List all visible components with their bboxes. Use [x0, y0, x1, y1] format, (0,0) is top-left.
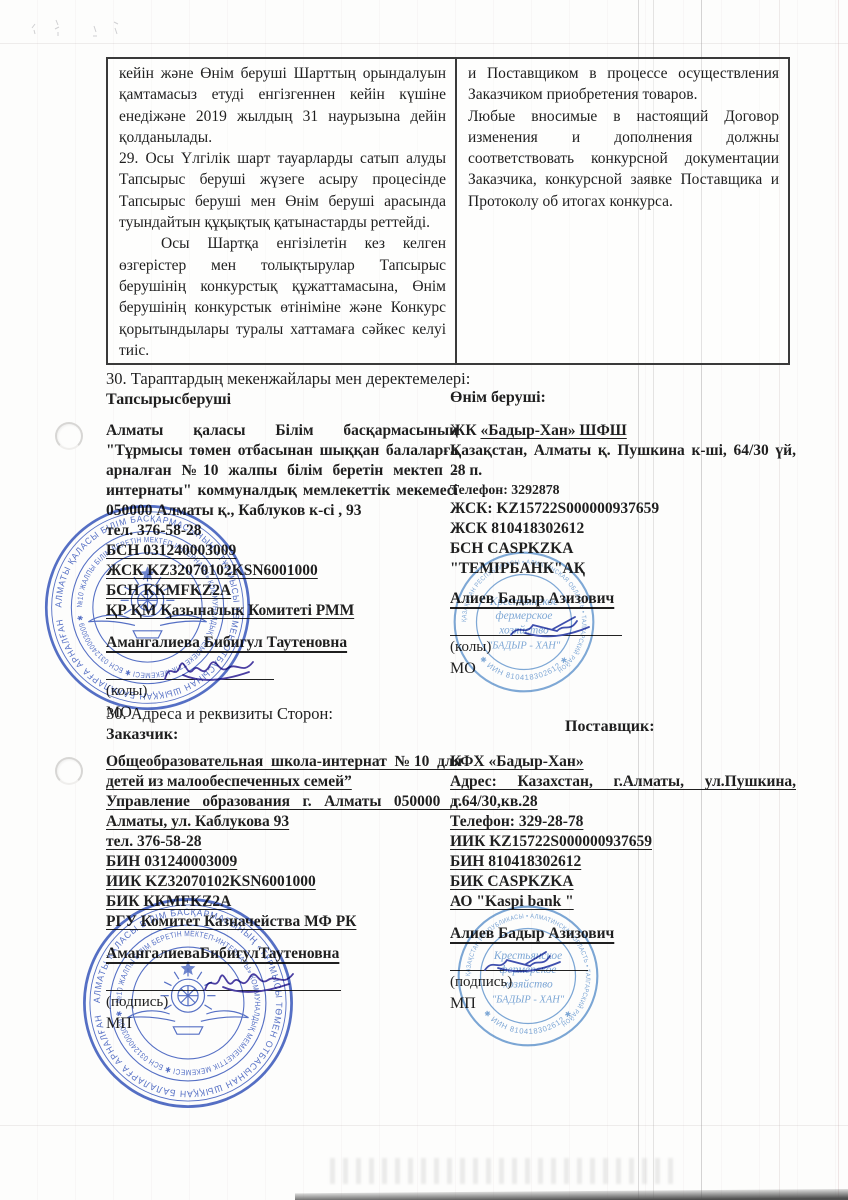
requisite-line: тел. 376-58-28 — [106, 832, 462, 852]
clause-kk-p3: Осы Шартқа енгізілетін кез келген өзгері… — [119, 233, 446, 361]
clause-kk-p2: 29. Осы Үлгілік шарт тауарларды сатып ал… — [119, 148, 446, 233]
org-name: «Бадыр-Хан» ШФШ — [480, 422, 626, 439]
signer-name: Алиев Бадыр Азизович — [450, 589, 796, 609]
contract-clauses-table: кейін және Өнім беруші Шарттың орындалуы… — [106, 57, 790, 365]
requisite-org: ЖК «Бадыр-Хан» ШФШ — [450, 421, 796, 441]
requisite-line: БИН 810418302612 — [450, 852, 796, 872]
requisite-phone: Телефон: 3292878 — [450, 481, 796, 499]
signature-caption: (колы) — [450, 638, 796, 657]
scan-streak — [838, 0, 839, 1200]
scan-streak — [0, 1125, 848, 1126]
requisite-line: ИИК KZ32070102KSN6001000 — [106, 872, 462, 892]
requisite-line: ЖСК 810418302612 — [450, 519, 796, 539]
kz-supplier-requisites: ЖК «Бадыр-Хан» ШФШ Қазақстан, Алматы қ. … — [450, 421, 796, 679]
table-cell-kazakh: кейін және Өнім беруші Шарттың орындалуы… — [108, 59, 457, 363]
org-prefix: ЖК — [450, 422, 480, 439]
requisite-line: БСН CASPKZKA — [450, 539, 796, 559]
requisite-line: Общеобразовательная школа-интернат №10 д… — [106, 752, 462, 792]
requisite-line: БИН 031240003009 — [106, 852, 462, 872]
signature-line — [450, 609, 622, 636]
requisite-line: КФХ «Бадыр-Хан» — [450, 752, 796, 772]
requisite-line: БСН ККМFKZ2A — [106, 581, 458, 601]
kz-supplier-label: Өнім беруші: — [450, 389, 546, 407]
requisite-line: ЖСК KZ32070102KSN6001000 — [106, 561, 458, 581]
requisite-line: БИК CASPKZKA — [450, 872, 796, 892]
requisite-line: Телефон: 329-28-78 — [450, 812, 796, 832]
requisite-line: Управление образования г. Алматы 050000 … — [106, 792, 462, 832]
ru-customer-requisites: Общеобразовательная школа-интернат №10 д… — [106, 752, 462, 1034]
clause-ru-p2: Любые вносимые в настоящий Договор измен… — [468, 106, 779, 212]
signature-caption: (колы) — [106, 682, 458, 701]
signature-line — [450, 944, 588, 971]
ru-supplier-label: Поставщик: — [565, 718, 655, 736]
kz-customer-requisites: Алматы қаласы Білім басқармасының "Тұрмы… — [106, 421, 458, 723]
signer-name: Алиев Бадыр Азизович — [450, 924, 796, 944]
seal-caption: МО — [450, 659, 796, 679]
seal-caption: МП — [450, 994, 796, 1014]
hole-punch — [55, 757, 83, 785]
clause-kk-p1: кейін және Өнім беруші Шарттың орындалуы… — [119, 63, 446, 148]
ru-customer-label: Заказчик: — [106, 726, 178, 744]
requisite-line: ЖСК: KZ15722S000000937659 — [450, 499, 796, 519]
signature-customer-ru — [201, 966, 296, 998]
requisite-address: Қазақстан, Алматы қ. Пушкина к-ші, 64/30… — [450, 441, 796, 481]
ru-supplier-requisites: КФХ «Бадыр-Хан» Адрес: Казахстан, г.Алма… — [450, 752, 796, 1014]
signature-line — [106, 653, 274, 680]
signer-name: Амангалиева Бибигул Таутеновна — [106, 633, 458, 653]
requisite-line: ИИК KZ15722S000000937659 — [450, 832, 796, 852]
seal-caption: МП — [106, 1014, 462, 1034]
signer-name: АмангалиеваБибигулТаутеновна — [106, 944, 462, 964]
requisite-line: "ТЕМІРБАНК"АҚ — [450, 559, 796, 579]
signature-supplier-kk — [505, 613, 595, 643]
requisite-line: АО "Kaspi bank " — [450, 892, 796, 912]
kz-section-heading: 30. Тараптардың мекенжайлары мен деректе… — [106, 368, 470, 389]
pencil-marks — [22, 12, 132, 46]
kz-customer-label: Тапсырысберуші — [106, 391, 231, 409]
requisite-line: ҚР ҚМ Қазыналык Комитеті РММ — [106, 601, 458, 621]
clause-ru-p1: и Поставщиком в процессе осуществления З… — [468, 63, 779, 106]
requisite-line: Адрес: Казахстан, г.Алматы, ул.Пушкина, … — [450, 772, 796, 812]
scanned-contract-page: кейін және Өнім беруші Шарттың орындалуы… — [0, 0, 848, 1200]
requisite-line: тел. 376-58-28 — [106, 521, 458, 541]
scan-smudge — [330, 1158, 680, 1184]
table-cell-russian: и Поставщиком в процессе осуществления З… — [457, 59, 788, 363]
scan-shadow-edge — [295, 1189, 848, 1200]
requisite-line: БСН 031240003009 — [106, 541, 458, 561]
requisite-line: РГУ Комитет Казначейства МФ РК — [106, 912, 462, 932]
hole-punch — [55, 422, 83, 450]
requisite-line: БИК ККМFKZ2A — [106, 892, 462, 912]
signature-line — [106, 964, 341, 991]
ru-section-heading: 30. Адреса и реквизиты Сторон: — [106, 703, 333, 724]
signature-customer-kk — [161, 653, 256, 687]
signature-supplier-ru — [480, 948, 565, 978]
requisite-org: Алматы қаласы Білім басқармасының "Тұрмы… — [106, 421, 458, 521]
